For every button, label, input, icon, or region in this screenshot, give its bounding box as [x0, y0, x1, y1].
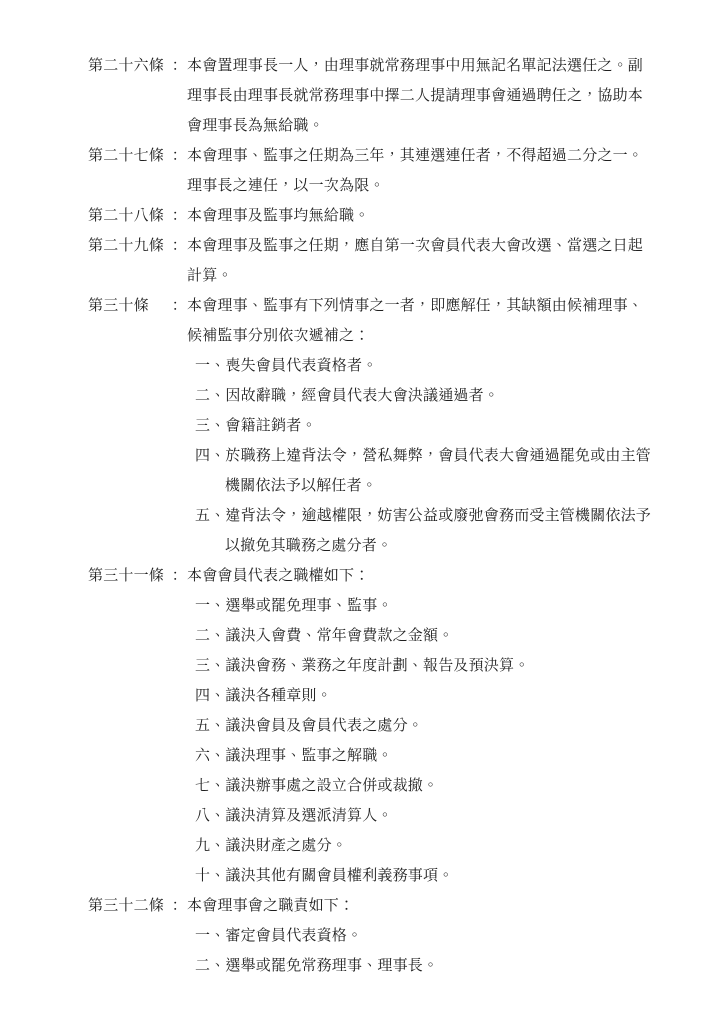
article-label: 第二十九條 — [88, 230, 164, 260]
article-head: 第二十七條： — [88, 140, 187, 170]
article-line: 六、議決理事、監事之解職。 — [195, 740, 648, 770]
article-line: 本會理事會之職責如下： — [187, 890, 648, 920]
article-label: 第三十一條 — [88, 560, 164, 590]
article-line: 本會理事及監事之任期，應自第一次會員代表大會改選、當選之日起 — [187, 230, 648, 260]
article-body: 本會理事會之職責如下：一、審定會員代表資格。二、選舉或罷免常務理事、理事長。 — [187, 890, 648, 980]
article-line: 會理事長為無給職。 — [187, 110, 648, 140]
article-label: 第二十六條 — [88, 50, 164, 80]
article: 第三十一條：本會會員代表之職權如下：一、選舉或罷免理事、監事。二、議決入會費、常… — [88, 560, 648, 890]
article-line: 一、喪失會員代表資格者。 — [195, 350, 648, 380]
article-line: 五、議決會員及會員代表之處分。 — [195, 710, 648, 740]
article-line: 本會置理事長一人，由理事就常務理事中用無記名單記法選任之。副 — [187, 50, 648, 80]
article-line: 本會理事、監事有下列情事之一者，即應解任，其缺額由候補理事、 — [187, 290, 648, 320]
article-head: 第二十八條： — [88, 200, 187, 230]
article-head: 第二十六條： — [88, 50, 187, 80]
article: 第三十條：本會理事、監事有下列情事之一者，即應解任，其缺額由候補理事、候補監事分… — [88, 290, 648, 560]
article-body: 本會會員代表之職權如下：一、選舉或罷免理事、監事。二、議決入會費、常年會費款之金… — [187, 560, 648, 890]
article-colon: ： — [172, 230, 187, 260]
article-line: 一、選舉或罷免理事、監事。 — [195, 590, 648, 620]
article-body: 本會理事、監事有下列情事之一者，即應解任，其缺額由候補理事、候補監事分別依次遞補… — [187, 290, 648, 560]
article-head: 第三十條： — [88, 290, 187, 320]
article-body: 本會理事、監事之任期為三年，其連選連任者，不得超過二分之一。理事長之連任，以一次… — [187, 140, 648, 200]
article: 第二十九條：本會理事及監事之任期，應自第一次會員代表大會改選、當選之日起計算。 — [88, 230, 648, 290]
article-line: 以撤免其職務之處分者。 — [225, 530, 648, 560]
article-label: 第三十二條 — [88, 890, 164, 920]
article: 第二十八條：本會理事及監事均無給職。 — [88, 200, 648, 230]
article-line: 四、於職務上違背法令，營私舞弊，會員代表大會通過罷免或由主管 — [195, 440, 648, 470]
article-line: 本會理事、監事之任期為三年，其連選連任者，不得超過二分之一。 — [187, 140, 648, 170]
article-colon: ： — [172, 890, 187, 920]
article: 第二十七條：本會理事、監事之任期為三年，其連選連任者，不得超過二分之一。理事長之… — [88, 140, 648, 200]
article-line: 三、會籍註銷者。 — [195, 410, 648, 440]
article-line: 九、議決財產之處分。 — [195, 830, 648, 860]
article-line: 八、議決清算及選派清算人。 — [195, 800, 648, 830]
document-page: 第二十六條：本會置理事長一人，由理事就常務理事中用無記名單記法選任之。副理事長由… — [0, 0, 724, 1024]
article-line: 二、因故辭職，經會員代表大會決議通過者。 — [195, 380, 648, 410]
article-colon: ： — [172, 140, 187, 170]
article-body: 本會理事及監事之任期，應自第一次會員代表大會改選、當選之日起計算。 — [187, 230, 648, 290]
article-body: 本會理事及監事均無給職。 — [187, 200, 648, 230]
article: 第二十六條：本會置理事長一人，由理事就常務理事中用無記名單記法選任之。副理事長由… — [88, 50, 648, 140]
article-line: 理事長之連任，以一次為限。 — [187, 170, 648, 200]
article-colon: ： — [172, 200, 187, 230]
article-label: 第二十八條 — [88, 200, 164, 230]
article-head: 第二十九條： — [88, 230, 187, 260]
article-body: 本會置理事長一人，由理事就常務理事中用無記名單記法選任之。副理事長由理事長就常務… — [187, 50, 648, 140]
article-head: 第三十一條： — [88, 560, 187, 590]
article-colon: ： — [172, 290, 187, 320]
article-head: 第三十二條： — [88, 890, 187, 920]
article: 第三十二條：本會理事會之職責如下：一、審定會員代表資格。二、選舉或罷免常務理事、… — [88, 890, 648, 980]
article-line: 二、議決入會費、常年會費款之金額。 — [195, 620, 648, 650]
article-line: 候補監事分別依次遞補之： — [187, 320, 648, 350]
article-colon: ： — [172, 50, 187, 80]
article-label: 第二十七條 — [88, 140, 164, 170]
articles-container: 第二十六條：本會置理事長一人，由理事就常務理事中用無記名單記法選任之。副理事長由… — [88, 50, 648, 980]
article-line: 理事長由理事長就常務理事中擇二人提請理事會通過聘任之，協助本 — [187, 80, 648, 110]
article-colon: ： — [172, 560, 187, 590]
article-line: 十、議決其他有關會員權利義務事項。 — [195, 860, 648, 890]
article-line: 本會理事及監事均無給職。 — [187, 200, 648, 230]
article-line: 三、議決會務、業務之年度計劃、報告及預決算。 — [195, 650, 648, 680]
article-line: 五、違背法令，逾越權限，妨害公益或廢弛會務而受主管機關依法予 — [195, 500, 648, 530]
article-line: 四、議決各種章則。 — [195, 680, 648, 710]
article-line: 二、選舉或罷免常務理事、理事長。 — [195, 950, 648, 980]
article-line: 一、審定會員代表資格。 — [195, 920, 648, 950]
article-line: 計算。 — [187, 260, 648, 290]
article-line: 本會會員代表之職權如下： — [187, 560, 648, 590]
article-line: 機關依法予以解任者。 — [225, 470, 648, 500]
article-label: 第三十條 — [88, 290, 149, 320]
article-line: 七、議決辦事處之設立合併或裁撤。 — [195, 770, 648, 800]
